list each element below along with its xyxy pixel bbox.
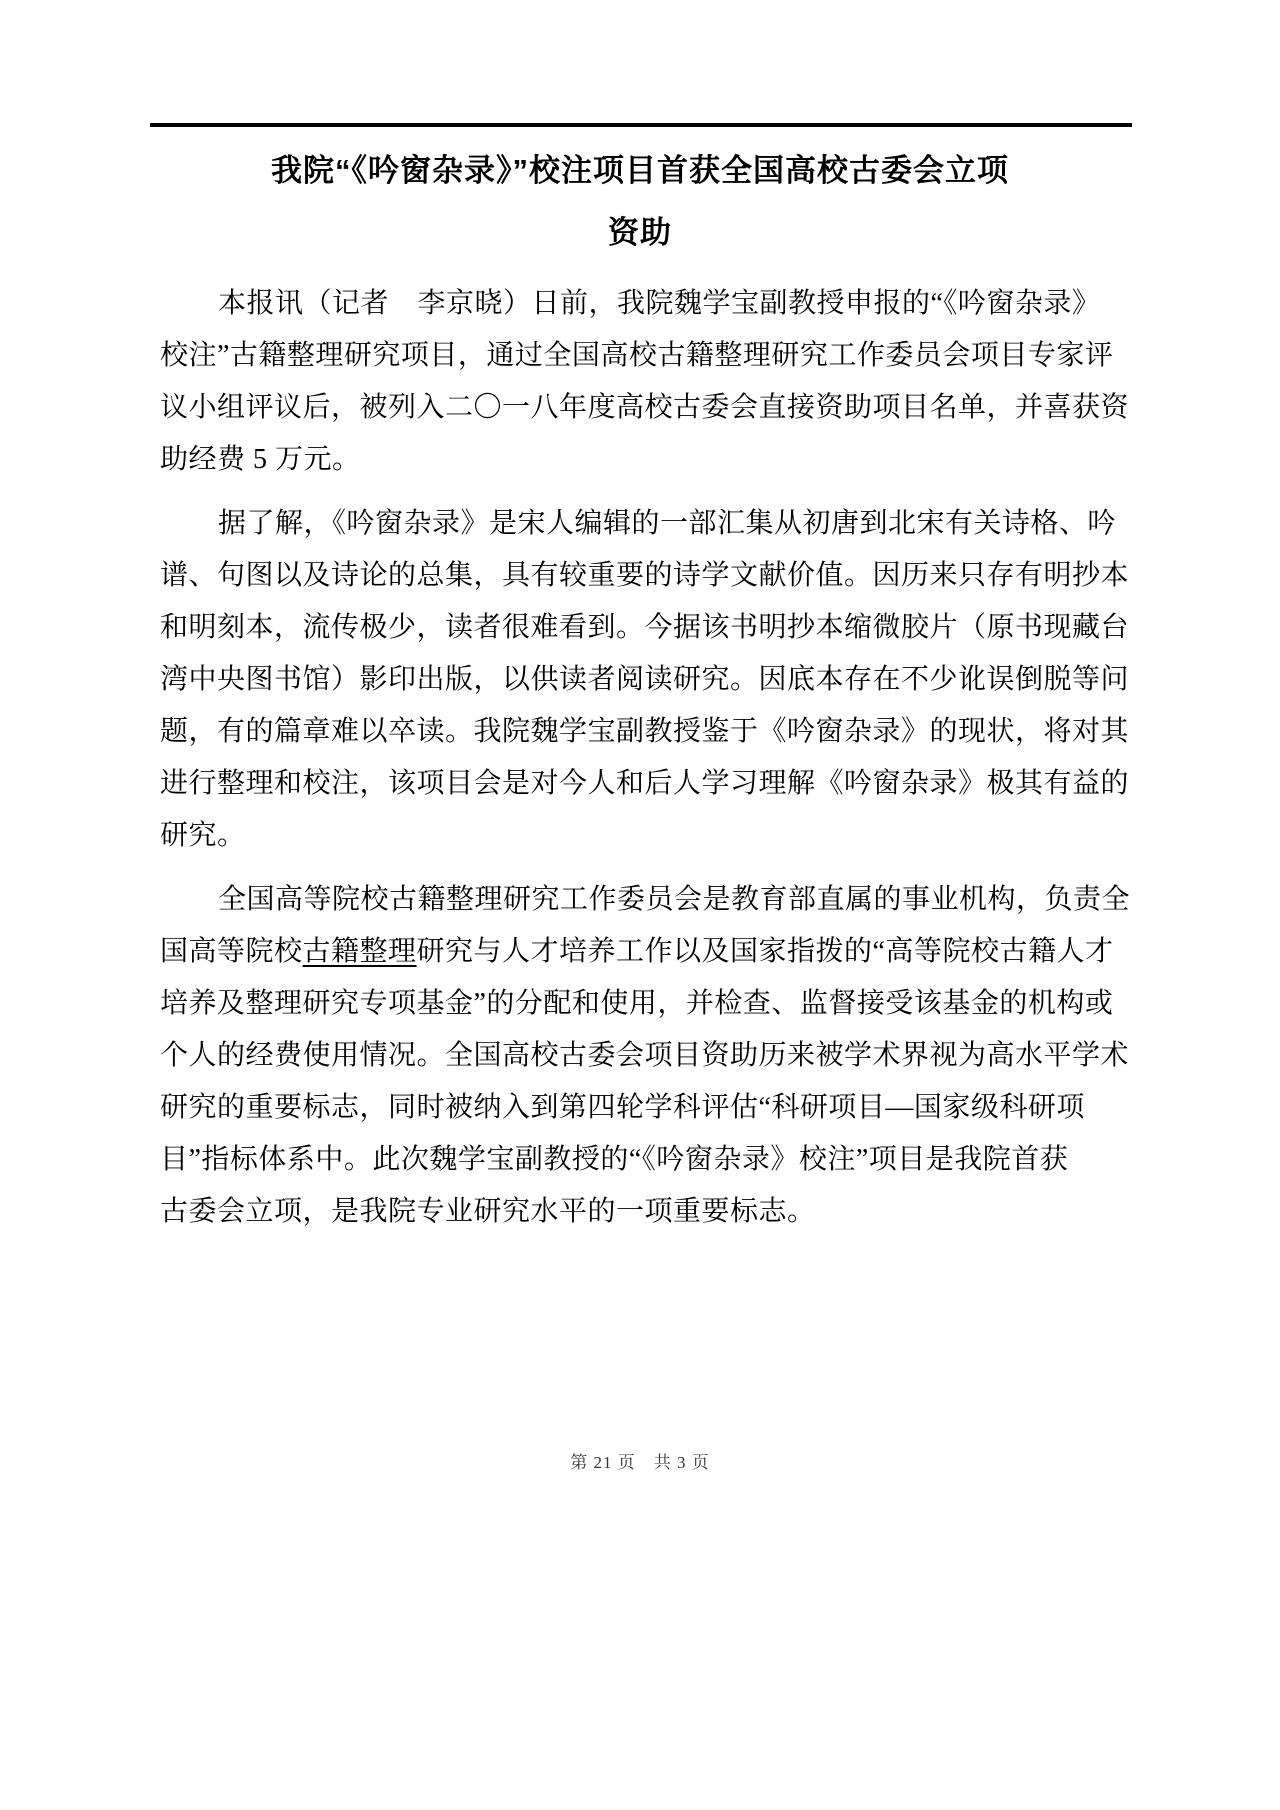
title-line-2: 资助 [160, 202, 1120, 264]
p3-line-1: 全国高等院校古籍整理研究工作委员会是教育部直属的事业机构，负责全 [160, 874, 1122, 926]
p1-line-4: 助经费 5 万元。 [160, 434, 1122, 486]
p3-line-7: 古委会立项，是我院专业研究水平的一项重要标志。 [160, 1186, 1122, 1238]
p1-line-1: 本报讯（记者 李京晓）日前，我院魏学宝副教授申报的“《吟窗杂录》 [160, 278, 1122, 330]
paragraph-1: 本报讯（记者 李京晓）日前，我院魏学宝副教授申报的“《吟窗杂录》 校注”古籍整理… [160, 278, 1122, 486]
p2-line-2: 谱、句图以及诗论的总集，具有较重要的诗学文献价值。因历来只存有明抄本 [160, 550, 1122, 602]
paragraph-3: 全国高等院校古籍整理研究工作委员会是教育部直属的事业机构，负责全 国高等院校古籍… [160, 874, 1122, 1238]
p2-line-7: 研究。 [160, 810, 1122, 862]
p3-line-4: 个人的经费使用情况。全国高校古委会项目资助历来被学术界视为高水平学术 [160, 1030, 1122, 1082]
paragraph-2: 据了解，《吟窗杂录》是宋人编辑的一部汇集从初唐到北宋有关诗格、吟 谱、句图以及诗… [160, 498, 1122, 862]
p2-line-6: 进行整理和校注，该项目会是对今人和后人学习理解《吟窗杂录》极其有益的 [160, 758, 1122, 810]
page-footer: 第 21 页 共 3 页 [160, 1448, 1120, 1473]
p1-line-3: 议小组评议后，被列入二〇一八年度高校古委会直接资助项目名单，并喜获资 [160, 382, 1122, 434]
p3-line-2-post: 研究与人才培养工作以及国家指拨的“高等院校古籍人才 [417, 936, 1114, 967]
p3-line-3: 培养及整理研究专项基金”的分配和使用，并检查、监督接受该基金的机构或 [160, 978, 1122, 1030]
page-number-label: 第 21 页 共 3 页 [570, 1453, 710, 1472]
p3-line-5: 研究的重要标志，同时被纳入到第四轮学科评估“科研项目—国家级科研项 [160, 1082, 1122, 1134]
title-line-1: 我院“《吟窗杂录》”校注项目首获全国高校古委会立项 [160, 140, 1120, 202]
p1-line-2: 校注”古籍整理研究项目，通过全国高校古籍整理研究工作委员会项目专家评 [160, 330, 1122, 382]
p2-line-5: 题，有的篇章难以卒读。我院魏学宝副教授鉴于《吟窗杂录》的现状，将对其 [160, 706, 1122, 758]
p2-line-4: 湾中央图书馆）影印出版，以供读者阅读研究。因底本存在不少讹误倒脱等问 [160, 654, 1122, 706]
p3-line-2-pre: 国高等院校 [160, 936, 303, 967]
document-page: 我院“《吟窗杂录》”校注项目首获全国高校古委会立项 资助 本报讯（记者 李京晓）… [0, 0, 1280, 1810]
header-divider [150, 123, 1132, 127]
p3-line-2-underlined-term: 古籍整理 [303, 936, 417, 967]
p2-line-1: 据了解，《吟窗杂录》是宋人编辑的一部汇集从初唐到北宋有关诗格、吟 [160, 498, 1122, 550]
article-body: 本报讯（记者 李京晓）日前，我院魏学宝副教授申报的“《吟窗杂录》 校注”古籍整理… [160, 278, 1122, 1250]
p3-line-2: 国高等院校古籍整理研究与人才培养工作以及国家指拨的“高等院校古籍人才 [160, 926, 1122, 978]
p3-line-6: 目”指标体系中。此次魏学宝副教授的“《吟窗杂录》校注”项目是我院首获 [160, 1134, 1122, 1186]
article-title: 我院“《吟窗杂录》”校注项目首获全国高校古委会立项 资助 [160, 140, 1120, 264]
p2-line-3: 和明刻本，流传极少，读者很难看到。今据该书明抄本缩微胶片（原书现藏台 [160, 602, 1122, 654]
